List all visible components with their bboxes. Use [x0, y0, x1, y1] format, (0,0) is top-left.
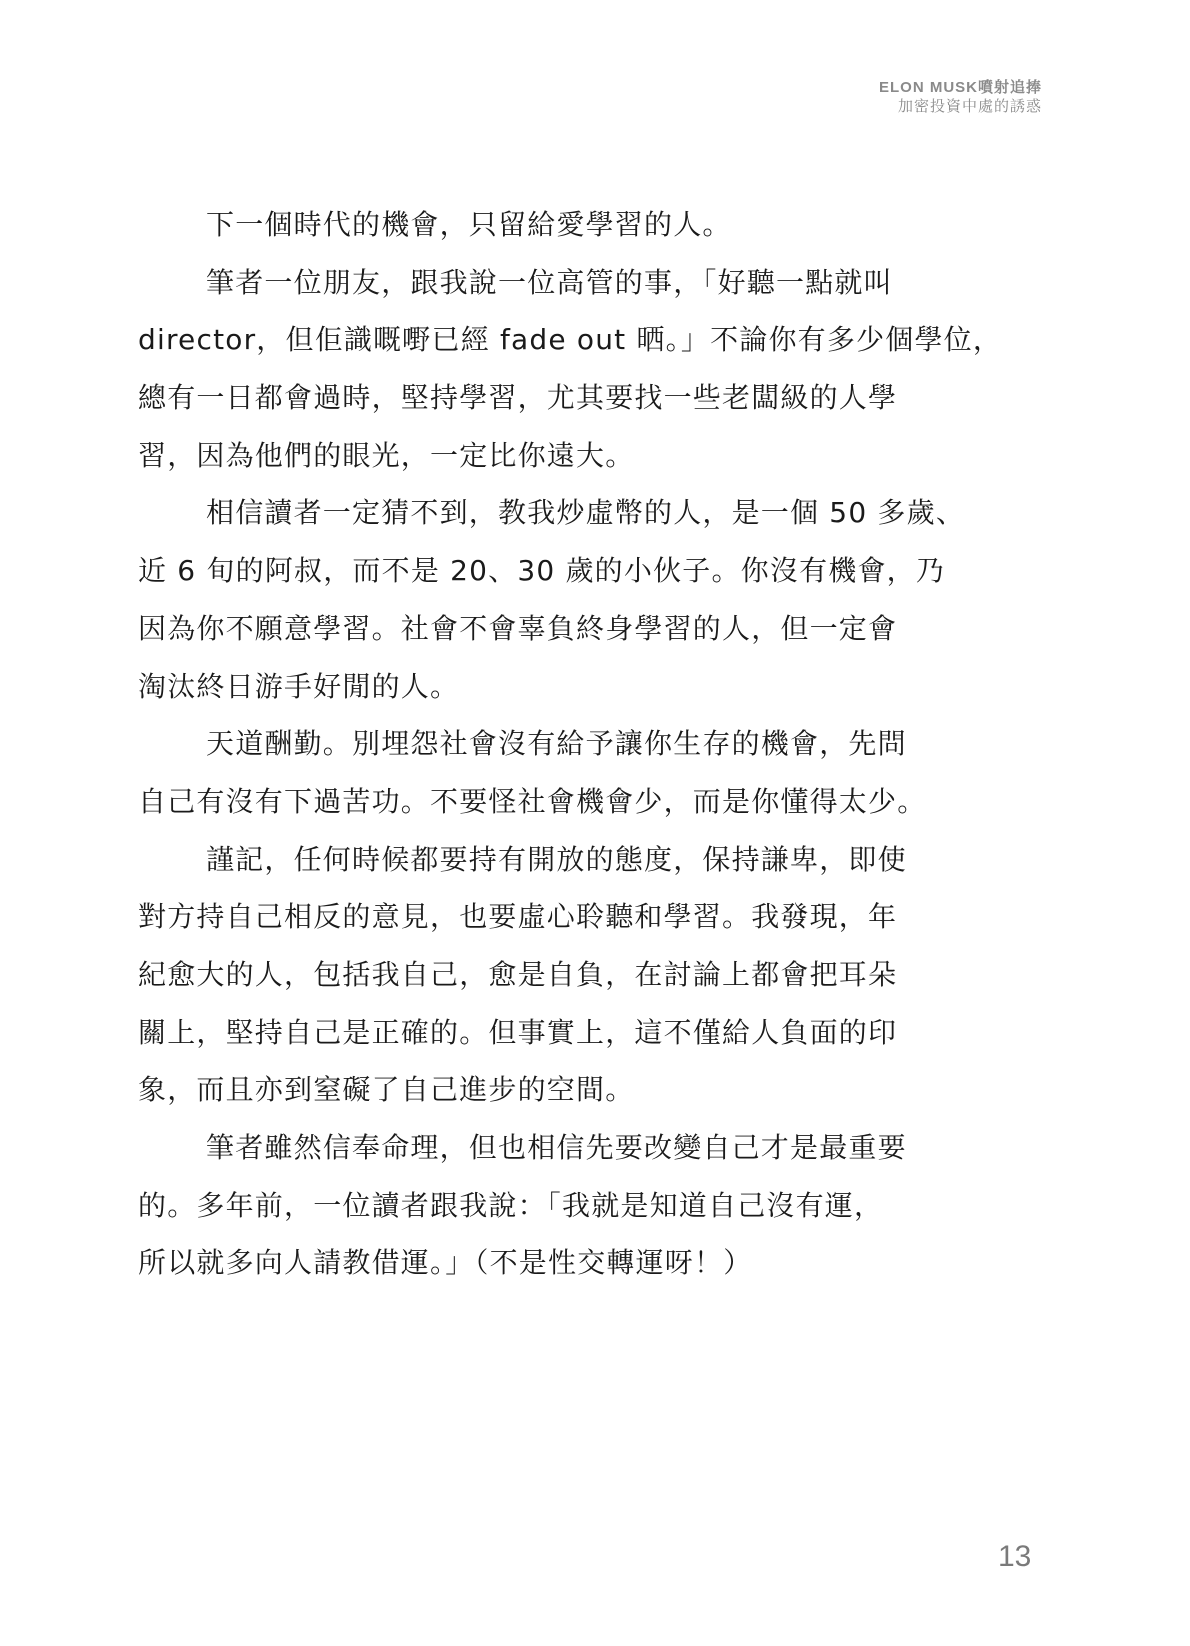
text-line: 天道酬勤。別埋怨社會沒有給予讓你生存的機會，先問 — [138, 715, 962, 773]
text-line: 對方持自己相反的意見，也要虛心聆聽和學習。我發現，年 — [138, 888, 962, 946]
text-line: 的。多年前，一位讀者跟我說：「我就是知道自己沒有運， — [138, 1177, 962, 1235]
text-line: 自己有沒有下過苦功。不要怪社會機會少，而是你懂得太少。 — [138, 773, 962, 831]
text-line: 總有一日都會過時，堅持學習，尤其要找一些老闆級的人學 — [138, 369, 962, 427]
header-title-line-1: ELON MUSK噴射追捧 — [879, 78, 1042, 97]
text-line: director，但佢識嘅嘢已經 fade out 晒。」不論你有多少個學位， — [138, 311, 962, 369]
text-line: 謹記，任何時候都要持有開放的態度，保持謙卑，即使 — [138, 831, 962, 889]
text-line: 所以就多向人請教借運。」（不是性交轉運呀！） — [138, 1234, 962, 1292]
text-line: 近 6 旬的阿叔，而不是 20、30 歲的小伙子。你沒有機會，乃 — [138, 542, 962, 600]
text-line: 象，而且亦到窒礙了自己進步的空間。 — [138, 1061, 962, 1119]
text-line: 習，因為他們的眼光，一定比你遠大。 — [138, 427, 962, 485]
text-line: 筆者雖然信奉命理，但也相信先要改變自己才是最重要 — [138, 1119, 962, 1177]
header-title-line-2: 加密投資中處的誘惑 — [879, 97, 1042, 116]
text-line: 關上，堅持自己是正確的。但事實上，這不僅給人負面的印 — [138, 1004, 962, 1062]
text-line: 因為你不願意學習。社會不會辜負終身學習的人，但一定會 — [138, 600, 962, 658]
text-line: 紀愈大的人，包括我自己，愈是自負，在討論上都會把耳朵 — [138, 946, 962, 1004]
text-line: 相信讀者一定猜不到，教我炒虛幣的人，是一個 50 多歲、 — [138, 484, 962, 542]
running-header: ELON MUSK噴射追捧 加密投資中處的誘惑 — [879, 78, 1042, 116]
page-number: 13 — [998, 1540, 1031, 1574]
text-line: 下一個時代的機會，只留給愛學習的人。 — [138, 196, 962, 254]
body-text: 下一個時代的機會，只留給愛學習的人。 筆者一位朋友，跟我說一位高管的事，「好聽一… — [138, 196, 962, 1292]
text-line: 筆者一位朋友，跟我說一位高管的事，「好聽一點就叫 — [138, 254, 962, 312]
text-line: 淘汰終日游手好閒的人。 — [138, 658, 962, 716]
